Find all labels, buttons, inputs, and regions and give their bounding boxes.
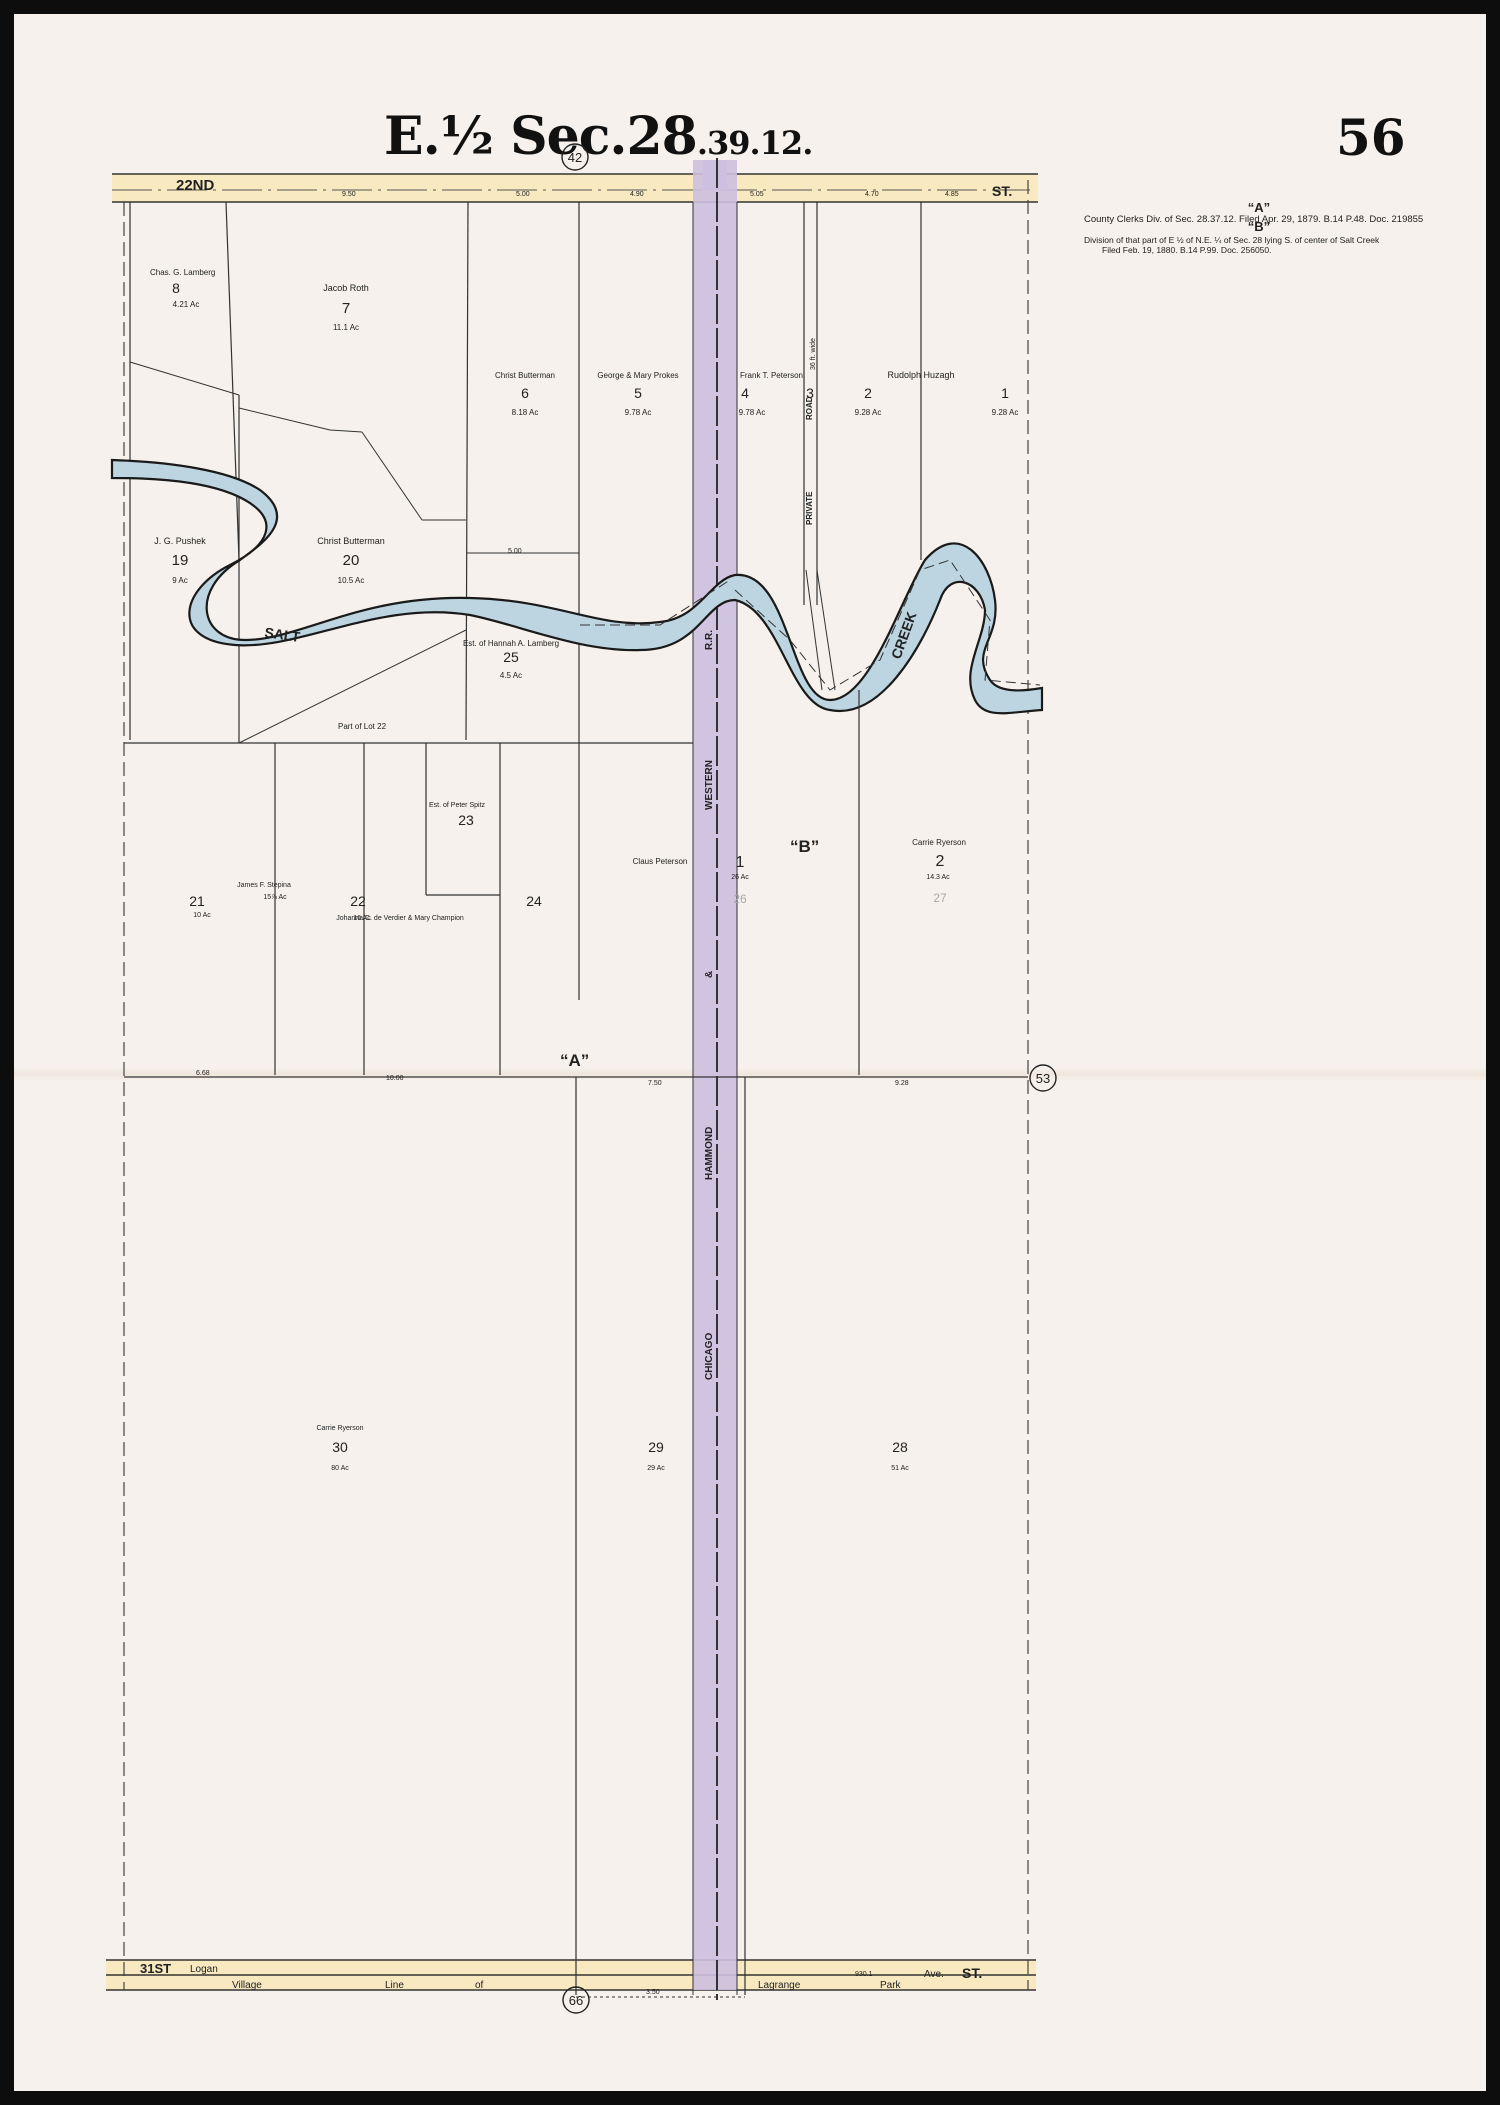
svg-text:George & Mary Prokes: George & Mary Prokes	[597, 371, 678, 380]
private-road-width: 36 ft. wide	[810, 338, 817, 370]
svg-text:20: 20	[343, 552, 360, 569]
south-line-word: Line	[385, 1980, 404, 1991]
svg-text:15⅞ Ac: 15⅞ Ac	[263, 894, 287, 901]
dim-label: 5.00	[516, 191, 530, 198]
adjoining-sheet-south-label: 66	[569, 1993, 583, 2008]
lot-28[interactable]: 28 51 Ac	[891, 1439, 909, 1472]
svg-text:11.1 Ac: 11.1 Ac	[333, 323, 359, 332]
svg-text:10 Ac: 10 Ac	[193, 912, 211, 919]
svg-text:8.18 Ac: 8.18 Ac	[512, 408, 539, 417]
svg-text:Carrie Ryerson: Carrie Ryerson	[316, 1425, 363, 1432]
lot-1-north[interactable]: 1 9.28 Ac	[992, 385, 1019, 417]
lot-24[interactable]: 24	[526, 893, 542, 909]
svg-text:24: 24	[526, 893, 542, 909]
dim-label: 6.68	[196, 1070, 210, 1077]
svg-text:9.28 Ac: 9.28 Ac	[855, 408, 882, 417]
svg-text:Claus Peterson: Claus Peterson	[633, 857, 688, 866]
lot-4[interactable]: Frank T. Peterson 4 9.78 Ac	[739, 371, 803, 417]
svg-text:James F. Stepina: James F. Stepina	[237, 882, 291, 889]
dim-label: 4.85	[945, 191, 959, 198]
svg-text:Johanna C. de Verdier & Mary C: Johanna C. de Verdier & Mary Champion	[336, 915, 464, 922]
svg-text:Frank T. Peterson: Frank T. Peterson	[740, 371, 803, 380]
north-street-name: 22ND	[176, 177, 215, 194]
svg-text:21: 21	[189, 893, 205, 909]
lot-8[interactable]: Chas. G. Lamberg 8 4.21 Ac	[150, 268, 215, 309]
south-street-suffix: ST.	[962, 1965, 982, 1981]
dim-label: 930.1	[855, 1971, 873, 1978]
svg-text:28: 28	[892, 1439, 908, 1455]
svg-text:23: 23	[458, 812, 474, 828]
svg-text:1: 1	[736, 854, 745, 871]
svg-text:10.5 Ac: 10.5 Ac	[338, 576, 365, 585]
svg-text:26: 26	[733, 892, 747, 906]
lot-20[interactable]: Christ Butterman 20 10.5 Ac	[317, 536, 385, 585]
dim-label: 10.00	[386, 1075, 404, 1082]
svg-text:Part of Lot 22: Part of Lot 22	[338, 722, 387, 731]
lot-2-subdiv-b[interactable]: Carrie Ryerson 2 14.3 Ac 27	[912, 838, 966, 905]
lot-25[interactable]: Est. of Hannah A. Lamberg 25 4.5 Ac	[463, 639, 559, 680]
svg-text:22: 22	[350, 893, 366, 909]
lot-29[interactable]: 29 29 Ac	[647, 1439, 665, 1472]
svg-text:9.28 Ac: 9.28 Ac	[992, 408, 1019, 417]
svg-text:4.5 Ac: 4.5 Ac	[500, 671, 522, 680]
lot-19[interactable]: J. G. Pushek 19 9 Ac	[154, 536, 206, 585]
subdivision-label-b: “B”	[790, 837, 819, 856]
svg-text:Est. of Peter Spitz: Est. of Peter Spitz	[429, 802, 486, 809]
north-street-band	[112, 174, 1038, 202]
svg-text:Christ Butterman: Christ Butterman	[317, 536, 385, 546]
lot-5[interactable]: George & Mary Prokes 5 9.78 Ac	[597, 371, 678, 417]
south-line-word: Park	[880, 1980, 902, 1991]
railroad-label-chicago: CHICAGO	[704, 1333, 715, 1380]
lot-21[interactable]: 21 10 Ac	[189, 893, 211, 919]
lot-30[interactable]: Carrie Ryerson 30 80 Ac	[316, 1425, 363, 1472]
svg-text:6: 6	[521, 385, 529, 401]
dim-label: 9.28	[895, 1080, 909, 1087]
lot-22[interactable]: 22 16 Ac Johanna C. de Verdier & Mary Ch…	[336, 893, 464, 922]
dim-label: 9.50	[342, 191, 356, 198]
railroad-label-and: &	[704, 971, 715, 978]
south-street-name: 31ST	[140, 1961, 171, 1976]
subdivision-label-a: “A”	[560, 1051, 589, 1070]
lot-2-north[interactable]: Rudolph Huzagh 2 9.28 Ac	[855, 370, 955, 417]
south-line-word: Village	[232, 1980, 262, 1991]
svg-text:26 Ac: 26 Ac	[731, 874, 749, 881]
dim-label: 4.90	[630, 191, 644, 198]
svg-text:25: 25	[503, 649, 519, 665]
railroad-label-hammond: HAMMOND	[704, 1127, 715, 1180]
salt-creek	[112, 460, 1042, 713]
svg-text:80 Ac: 80 Ac	[331, 1465, 349, 1472]
svg-text:Chas. G. Lamberg: Chas. G. Lamberg	[150, 268, 215, 277]
svg-text:29 Ac: 29 Ac	[647, 1465, 665, 1472]
svg-text:3: 3	[806, 385, 814, 401]
svg-text:27: 27	[933, 891, 947, 905]
svg-text:J. G. Pushek: J. G. Pushek	[154, 536, 206, 546]
plat-map: 42 53 66 22ND ST. 31ST Logan Village Lin…	[14, 14, 1486, 2091]
south-line-word: Lagrange	[758, 1980, 801, 1991]
svg-text:2: 2	[936, 853, 945, 870]
south-line-word: Ave.	[924, 1969, 944, 1980]
north-street-suffix: ST.	[992, 183, 1012, 199]
map-sheet: E.½ Sec.28.39.12. 56 “A” County Clerks D…	[14, 14, 1486, 2091]
svg-text:19: 19	[172, 552, 189, 569]
svg-text:5: 5	[634, 385, 642, 401]
svg-text:30: 30	[332, 1439, 348, 1455]
svg-text:Jacob Roth: Jacob Roth	[323, 283, 369, 293]
svg-text:Christ Butterman: Christ Butterman	[495, 371, 555, 380]
svg-text:9.78 Ac: 9.78 Ac	[625, 408, 652, 417]
svg-text:4.21 Ac: 4.21 Ac	[173, 300, 200, 309]
railroad-right-of-way	[693, 160, 737, 1990]
svg-text:4: 4	[741, 385, 749, 401]
south-line-word: Logan	[190, 1964, 218, 1975]
adjoining-sheet-east-label: 53	[1036, 1071, 1050, 1086]
svg-text:51 Ac: 51 Ac	[891, 1465, 909, 1472]
dim-label: 5.05	[750, 191, 764, 198]
lot-6[interactable]: Christ Butterman 6 8.18 Ac	[495, 371, 555, 417]
lot-22-part[interactable]: Part of Lot 22	[338, 722, 387, 731]
dim-label: 4.70	[865, 191, 879, 198]
svg-text:Rudolph Huzagh: Rudolph Huzagh	[887, 370, 954, 380]
railroad-label-rr: R.R.	[704, 630, 715, 650]
adjoining-sheet-north-label: 42	[568, 150, 582, 165]
svg-text:1: 1	[1001, 385, 1009, 401]
dim-label: 3.50	[646, 1989, 660, 1996]
private-road-label: PRIVATE	[805, 491, 814, 525]
lot-3[interactable]: 3	[806, 385, 814, 401]
svg-text:14.3 Ac: 14.3 Ac	[926, 874, 950, 881]
svg-text:Est. of Hannah A. Lamberg: Est. of Hannah A. Lamberg	[463, 639, 559, 648]
svg-text:9.78 Ac: 9.78 Ac	[739, 408, 766, 417]
svg-text:29: 29	[648, 1439, 664, 1455]
dim-label: 7.50	[648, 1080, 662, 1087]
svg-text:2: 2	[864, 385, 872, 401]
svg-text:7: 7	[342, 300, 350, 317]
south-line-word: of	[475, 1980, 484, 1991]
svg-text:9 Ac: 9 Ac	[172, 576, 188, 585]
dim-label: 5.00	[508, 548, 522, 555]
lot-stepina[interactable]: James F. Stepina 15⅞ Ac	[237, 882, 291, 901]
svg-text:8: 8	[172, 280, 180, 296]
lot-7[interactable]: Jacob Roth 7 11.1 Ac	[323, 283, 369, 332]
svg-text:Carrie Ryerson: Carrie Ryerson	[912, 838, 966, 847]
railroad-label-western: WESTERN	[704, 760, 715, 810]
lot-23[interactable]: Est. of Peter Spitz 23	[429, 802, 486, 828]
